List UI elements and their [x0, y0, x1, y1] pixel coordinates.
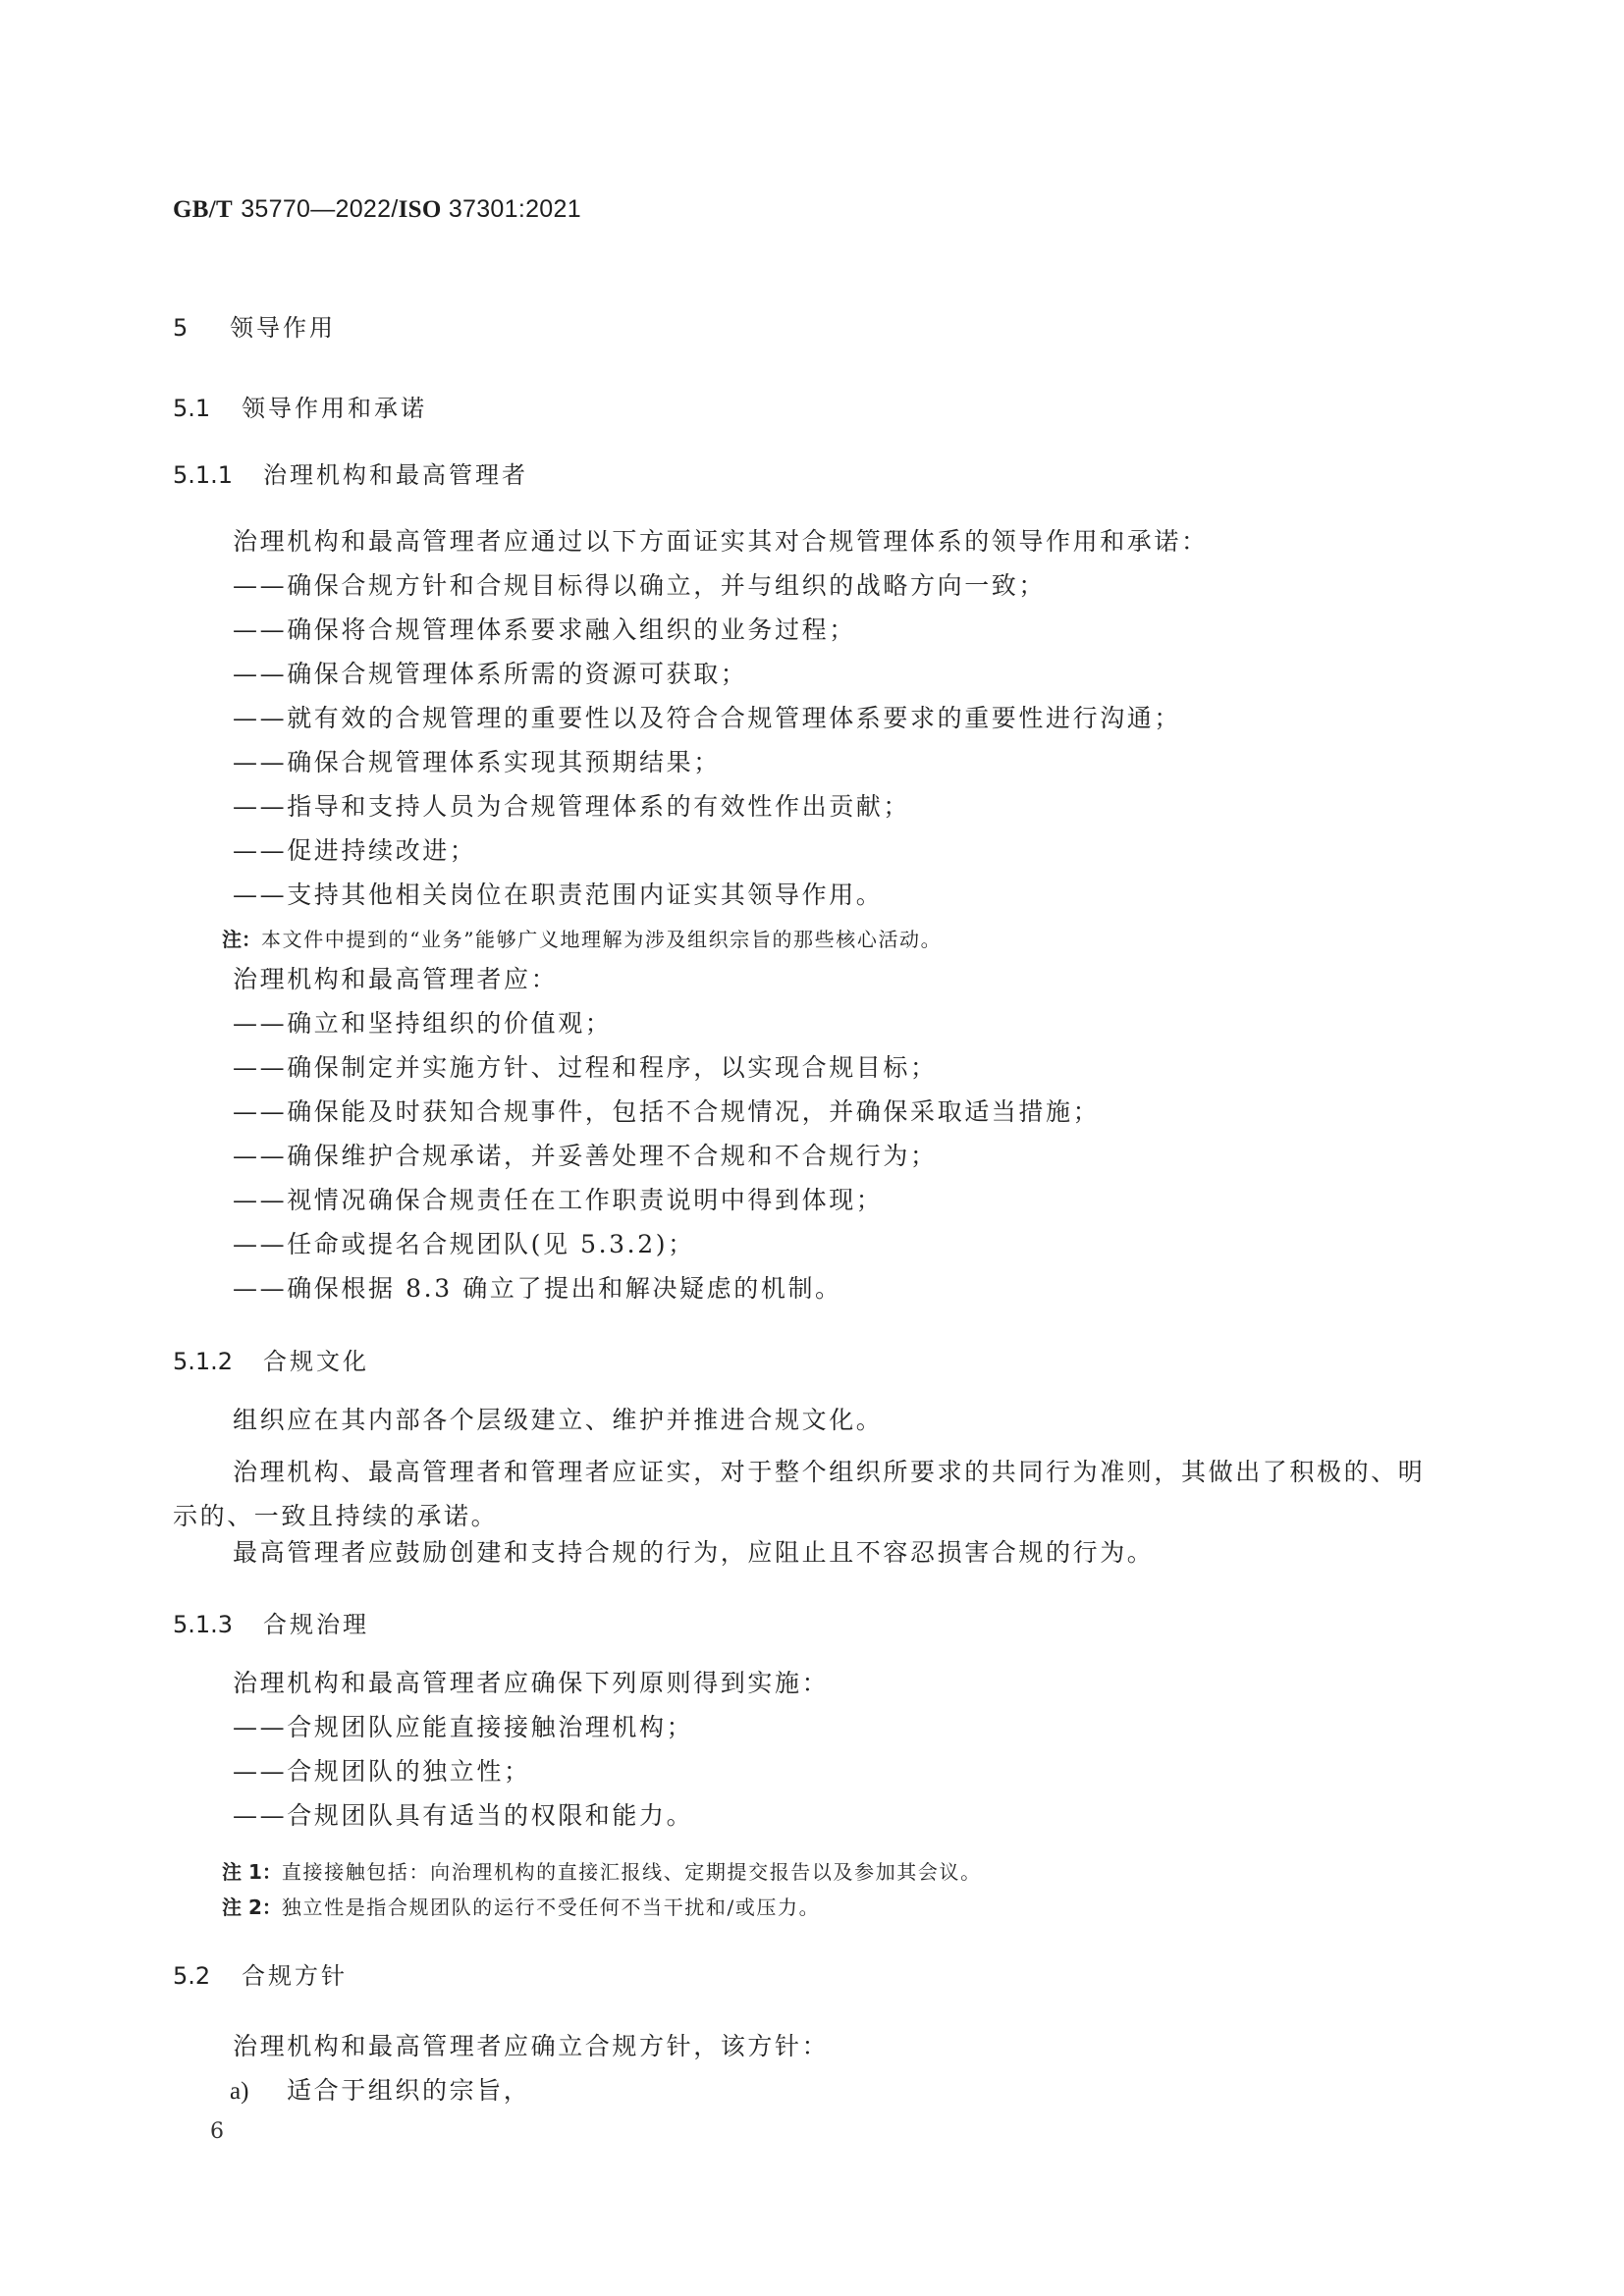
list-item: ——确保制定并实施方针、过程和程序，以实现合规目标；	[233, 1053, 938, 1083]
paragraph: 组织应在其内部各个层级建立、维护并推进合规文化。	[233, 1406, 883, 1435]
paragraph-intro: 治理机构和最高管理者应：	[233, 965, 558, 994]
note: 注：本文件中提到的“业务”能够广义地理解为涉及组织宗旨的那些核心活动。	[222, 927, 942, 952]
standard-prefix: GB/T	[173, 196, 233, 223]
iso-prefix: ISO	[399, 196, 442, 223]
list-item: ——就有效的合规管理的重要性以及符合合规管理体系要求的重要性进行沟通；	[233, 704, 1181, 733]
section-heading-5-1-2: 5.1.2合规文化	[173, 1347, 369, 1376]
list-item: ——确保维护合规承诺，并妥善处理不合规和不合规行为；	[233, 1142, 938, 1171]
list-item: ——视情况确保合规责任在工作职责说明中得到体现；	[233, 1186, 883, 1215]
list-item: ——支持其他相关岗位在职责范围内证实其领导作用。	[233, 881, 883, 910]
list-item: ——合规团队具有适当的权限和能力。	[233, 1801, 693, 1831]
list-item: ——指导和支持人员为合规管理体系的有效性作出贡献；	[233, 792, 910, 822]
paragraph-intro: 治理机构和最高管理者应确立合规方针，该方针：	[233, 2032, 829, 2061]
paragraph-intro: 治理机构和最高管理者应通过以下方面证实其对合规管理体系的领导作用和承诺：	[233, 527, 1209, 557]
section-heading-5-1: 5.1领导作用和承诺	[173, 394, 427, 423]
list-item: ——确保将合规管理体系要求融入组织的业务过程；	[233, 615, 856, 645]
document-header: GB/T 35770—2022/ISO 37301:2021	[173, 194, 581, 225]
list-item: ——确保根据 8.3 确立了提出和解决疑虑的机制。	[233, 1274, 842, 1304]
section-heading-5: 5领导作用	[173, 313, 336, 343]
paragraph: 最高管理者应鼓励创建和支持合规的行为，应阻止且不容忍损害合规的行为。	[233, 1538, 1154, 1568]
section-heading-5-2: 5.2合规方针	[173, 1961, 348, 1991]
note-text: 直接接触包括：向治理机构的直接汇报线、定期提交报告以及参加其会议。	[282, 1860, 982, 1884]
list-marker: a)	[230, 2077, 287, 2107]
list-item: ——确保合规管理体系实现其预期结果；	[233, 748, 721, 777]
standard-number: 35770—2022/	[241, 195, 398, 223]
note-label: 注 1：	[222, 1860, 282, 1884]
iso-number: 37301:2021	[442, 195, 581, 223]
list-item: ——任命或提名合规团队(见 5.3.2)；	[233, 1230, 695, 1259]
note-label: 注 2：	[222, 1896, 282, 1919]
note-label: 注：	[222, 928, 261, 951]
paragraph-intro: 治理机构和最高管理者应确保下列原则得到实施：	[233, 1669, 829, 1698]
list-item: ——确立和坚持组织的价值观；	[233, 1009, 612, 1039]
list-item: ——确保合规管理体系所需的资源可获取；	[233, 660, 747, 689]
list-item: ——确保合规方针和合规目标得以确立，并与组织的战略方向一致；	[233, 571, 1046, 601]
list-item-text: 适合于组织的宗旨，	[287, 2076, 530, 2105]
list-item: ——合规团队应能直接接触治理机构；	[233, 1713, 693, 1742]
list-item: ——促进持续改进；	[233, 836, 476, 866]
note-1: 注 1：直接接触包括：向治理机构的直接汇报线、定期提交报告以及参加其会议。	[222, 1859, 982, 1885]
note-text: 独立性是指合规团队的运行不受任何不当干扰和/或压力。	[282, 1896, 820, 1919]
note-2: 注 2：独立性是指合规团队的运行不受任何不当干扰和/或压力。	[222, 1895, 820, 1920]
list-item-a: a)适合于组织的宗旨，	[230, 2076, 530, 2107]
page-number: 6	[210, 2118, 224, 2146]
paragraph: 治理机构、最高管理者和管理者应证实，对于整个组织所要求的共同行为准则，其做出了积…	[173, 1450, 1432, 1538]
section-heading-5-1-3: 5.1.3合规治理	[173, 1610, 369, 1639]
list-item: ——合规团队的独立性；	[233, 1757, 531, 1787]
list-item: ——确保能及时获知合规事件，包括不合规情况，并确保采取适当措施；	[233, 1097, 1100, 1127]
note-text: 本文件中提到的“业务”能够广义地理解为涉及组织宗旨的那些核心活动。	[261, 928, 942, 951]
section-heading-5-1-1: 5.1.1治理机构和最高管理者	[173, 460, 528, 490]
